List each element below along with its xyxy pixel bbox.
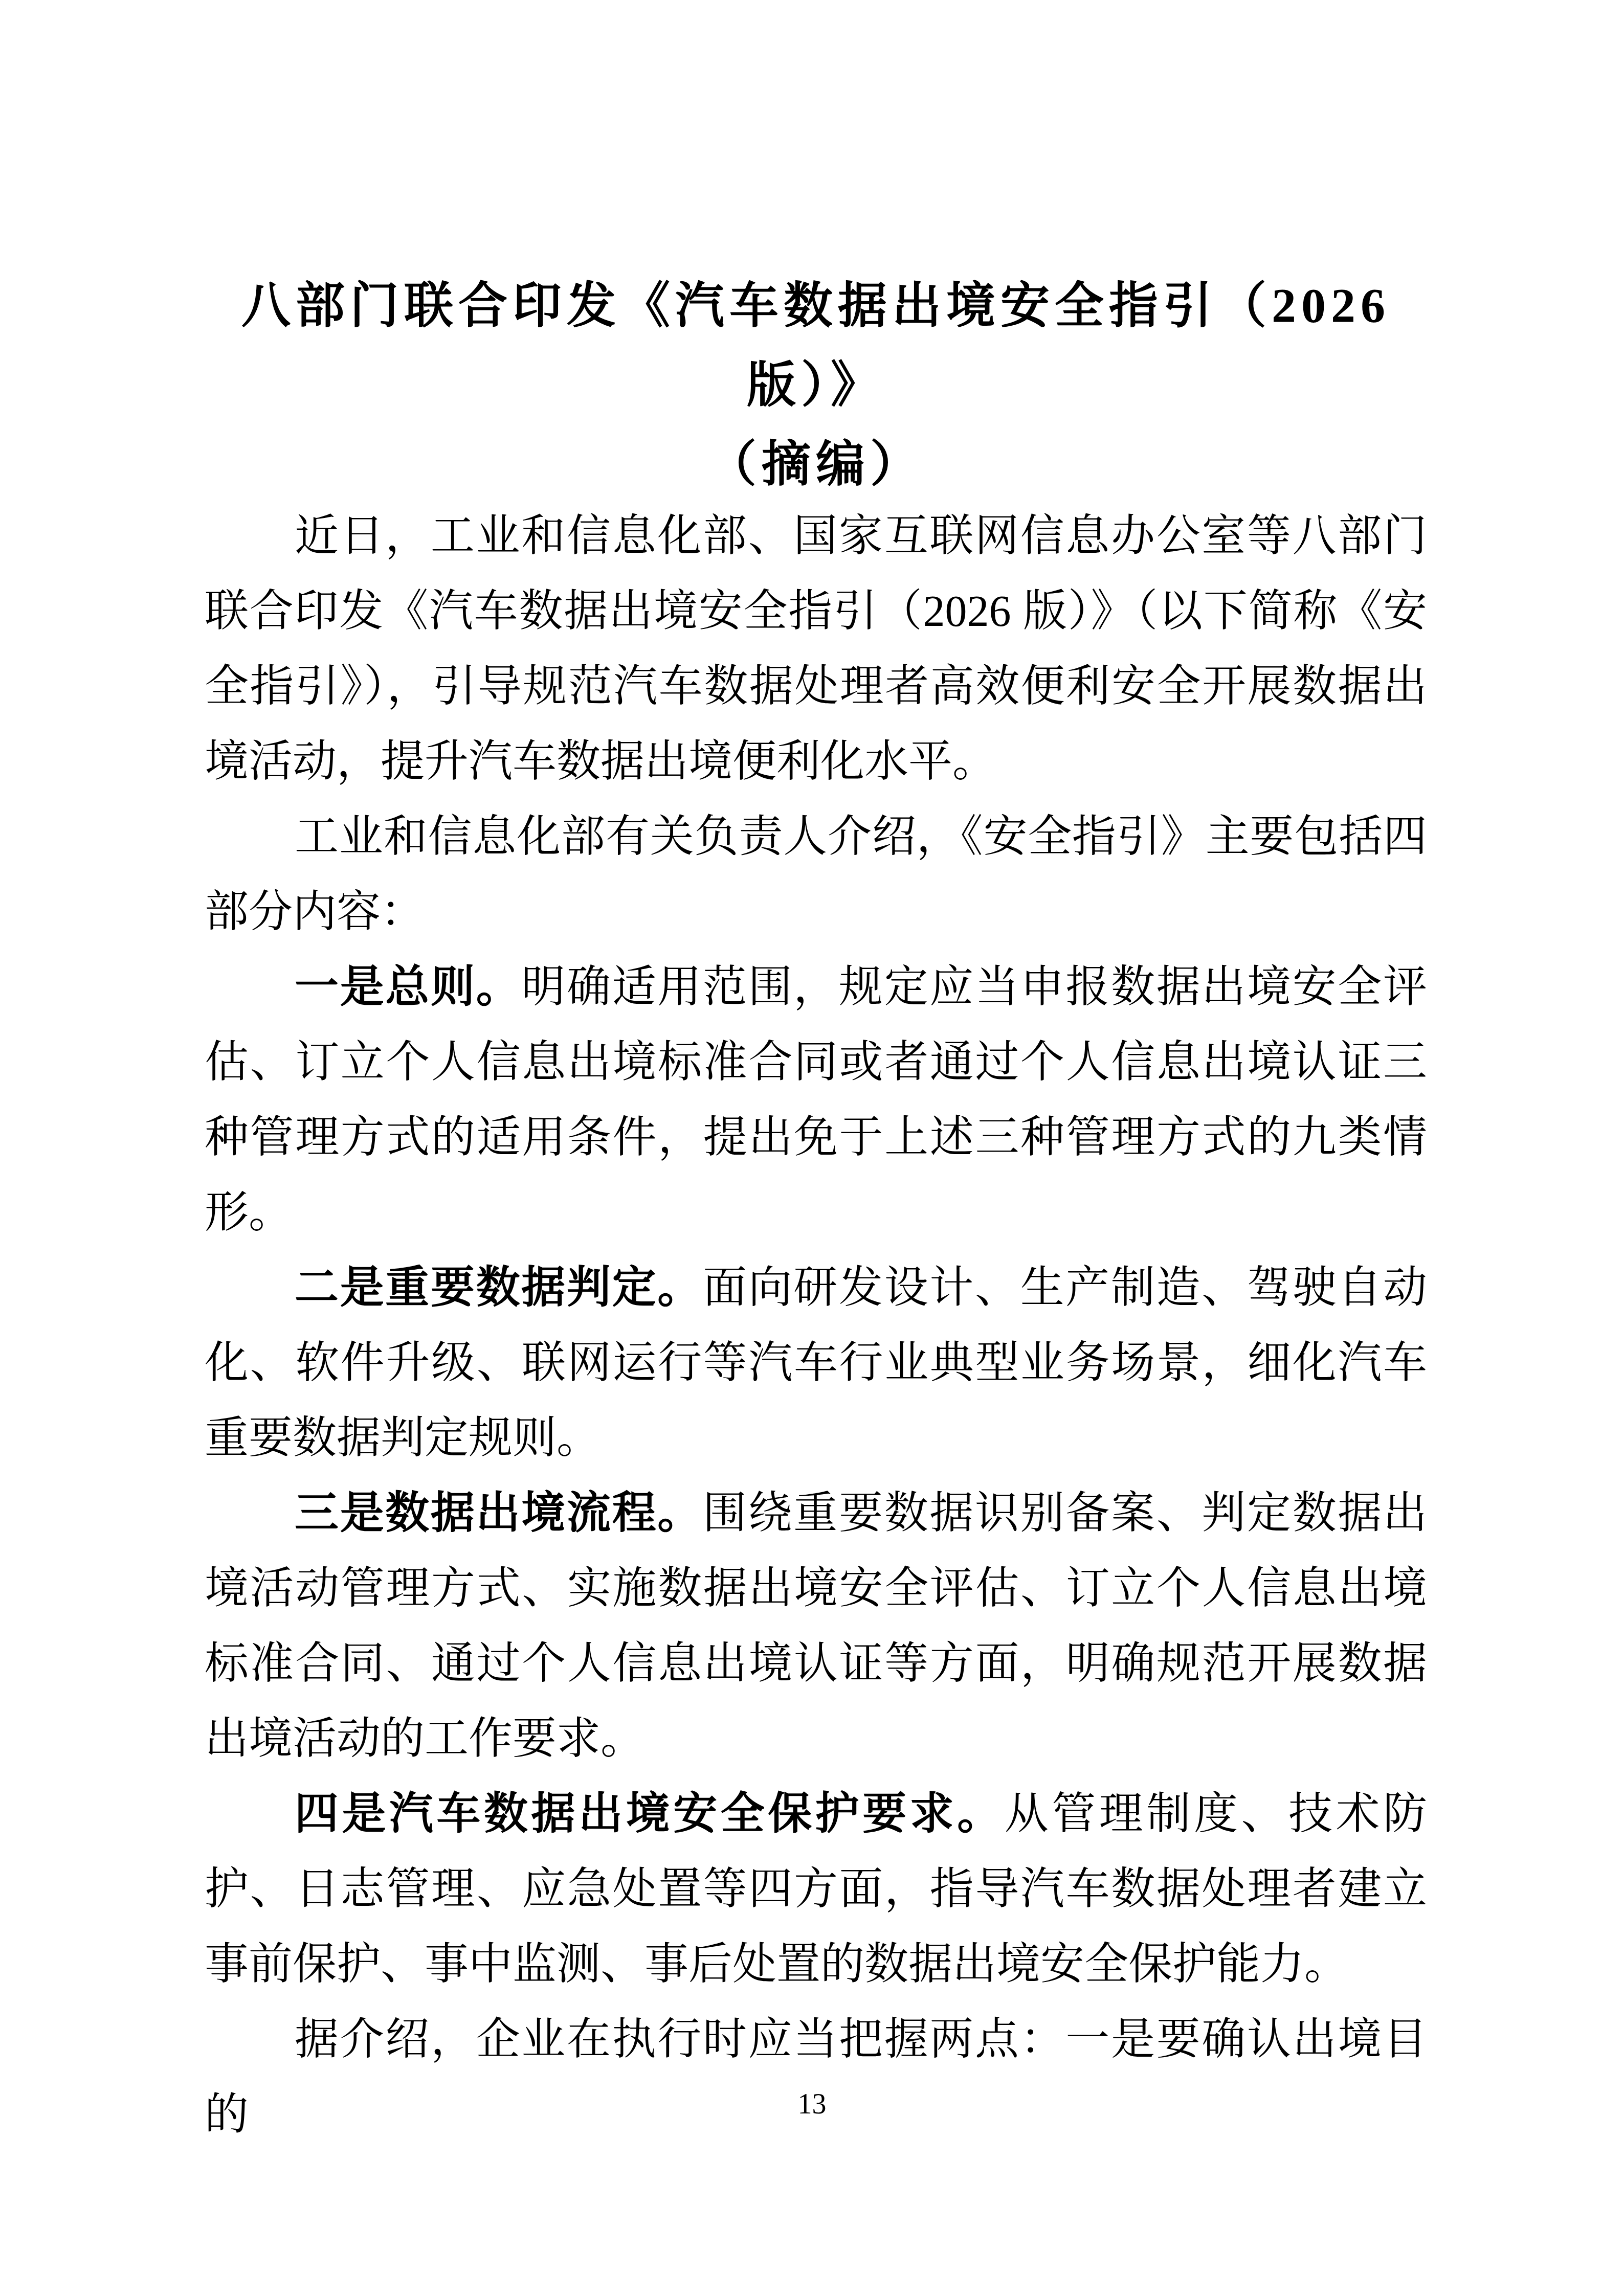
paragraph-lead: 二是重要数据判定。 <box>295 1263 703 1312</box>
page-number: 13 <box>0 2086 1624 2122</box>
paragraph: 近日，工业和信息化部、国家互联网信息办公室等八部门联合印发《汽车数据出境安全指引… <box>205 499 1427 799</box>
title-line-2: （摘编） <box>205 424 1427 504</box>
paragraph: 据介绍，企业在执行时应当把握两点：一是要确认出境目的 <box>205 2002 1427 2152</box>
paragraph-text: 近日，工业和信息化部、国家互联网信息办公室等八部门联合印发《汽车数据出境安全指引… <box>205 511 1427 786</box>
paragraph: 三是数据出境流程。围绕重要数据识别备案、判定数据出境活动管理方式、实施数据出境安… <box>205 1476 1427 1776</box>
paragraph-lead: 一是总则。 <box>295 962 521 1011</box>
paragraph-text: 工业和信息化部有关负责人介绍，《安全指引》主要包括四部分内容： <box>205 812 1427 936</box>
paragraph: 二是重要数据判定。面向研发设计、生产制造、驾驶自动化、软件升级、联网运行等汽车行… <box>205 1250 1427 1476</box>
paragraph: 一是总则。明确适用范围，规定应当申报数据出境安全评估、订立个人信息出境标准合同或… <box>205 950 1427 1250</box>
document-title: 八部门联合印发《汽车数据出境安全指引（2026 版）》 （摘编） <box>205 266 1427 504</box>
document-page: 八部门联合印发《汽车数据出境安全指引（2026 版）》 （摘编） 近日，工业和信… <box>0 0 1624 2296</box>
title-line-1: 八部门联合印发《汽车数据出境安全指引（2026 版）》 <box>205 266 1427 424</box>
paragraph: 工业和信息化部有关负责人介绍，《安全指引》主要包括四部分内容： <box>205 799 1427 950</box>
paragraph-lead: 四是汽车数据出境安全保护要求。 <box>295 1789 1005 1838</box>
paragraph-lead: 三是数据出境流程。 <box>295 1489 703 1538</box>
document-body: 近日，工业和信息化部、国家互联网信息办公室等八部门联合印发《汽车数据出境安全指引… <box>205 499 1427 2152</box>
paragraph: 四是汽车数据出境安全保护要求。从管理制度、技术防护、日志管理、应急处置等四方面，… <box>205 1776 1427 2002</box>
